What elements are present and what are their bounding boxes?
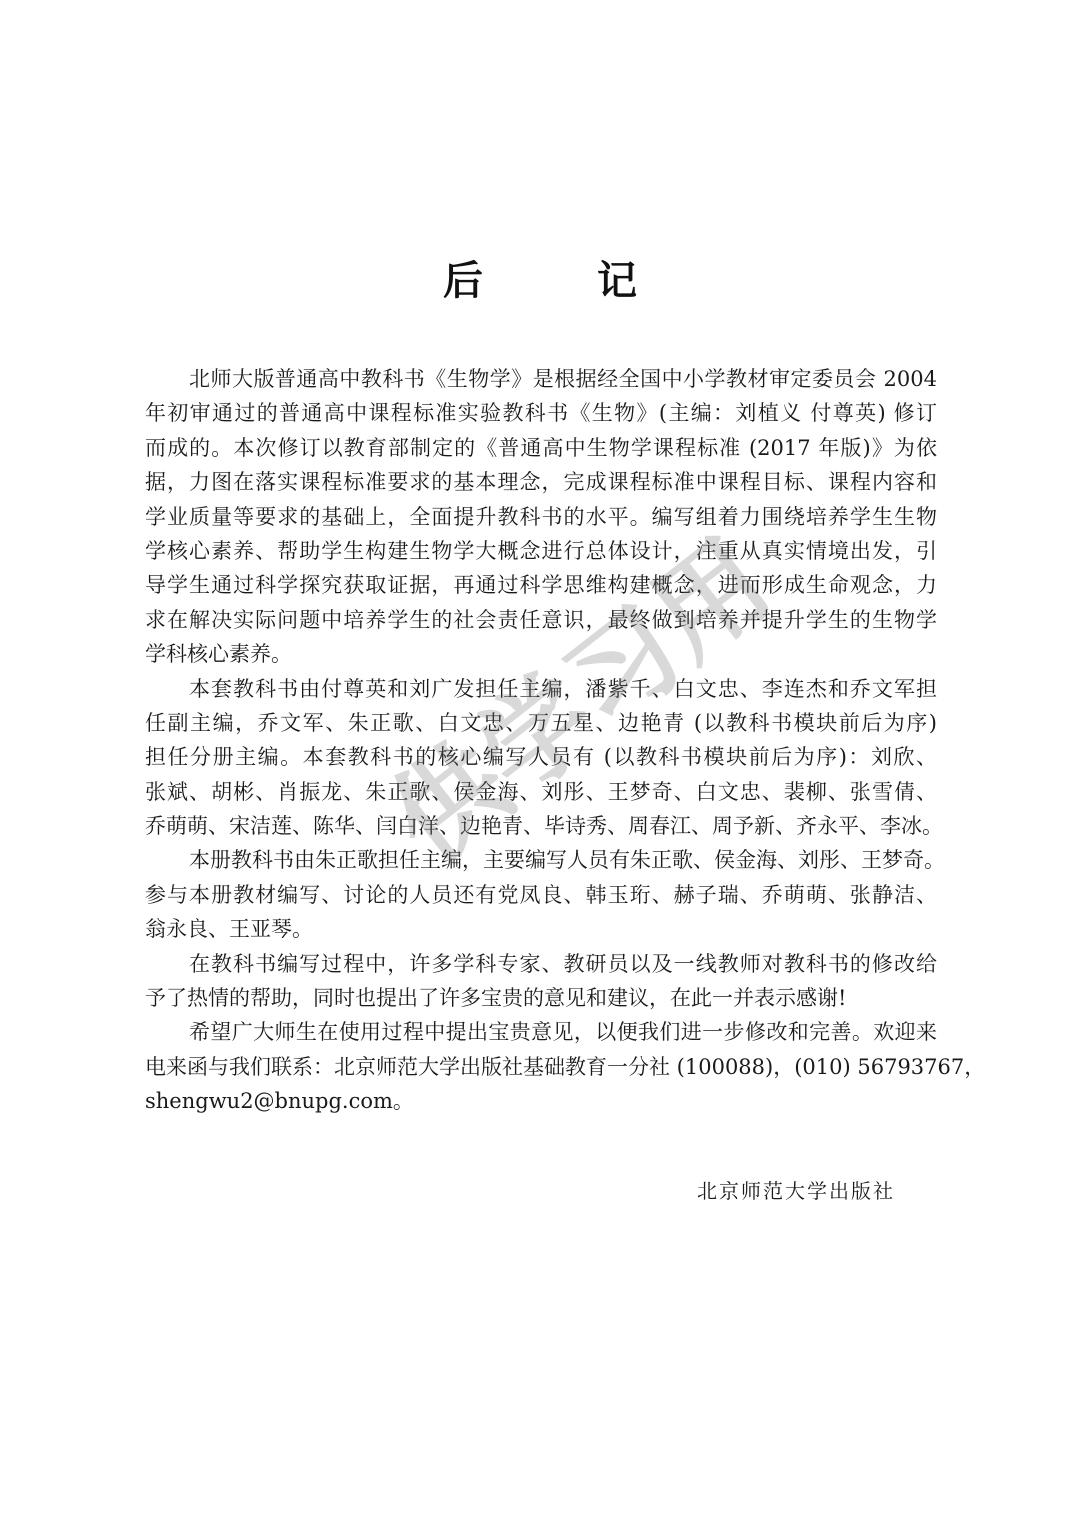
text-line: 年初审通过的普通高中课程标准实验教科书《生物》(主编：刘植义 付尊英) 修订: [145, 396, 937, 430]
text-line: 北师大版普通高中教科书《生物学》是根据经全国中小学教材审定委员会 2004: [145, 362, 937, 396]
text-line: 任副主编，乔文军、朱正歌、白文忠、万五星、边艳青 (以教科书模块前后为序): [145, 706, 937, 740]
text-line: 希望广大师生在使用过程中提出宝贵意见，以便我们进一步修改和完善。欢迎来: [145, 1015, 937, 1049]
publisher-signature: 北京师范大学出版社: [697, 1175, 895, 1204]
text-line: 予了热情的帮助，同时也提出了许多宝贵的意见和建议，在此一并表示感谢!: [145, 981, 937, 1015]
paragraph-contact: 希望广大师生在使用过程中提出宝贵意见，以便我们进一步修改和完善。欢迎来 电来函与…: [145, 1015, 937, 1118]
text-line: 张斌、胡彬、肖振龙、朱正歌、侯金海、刘彤、王梦奇、白文忠、裴柳、张雪倩、: [145, 775, 937, 809]
text-line: 而成的。本次修订以教育部制定的《普通高中生物学课程标准 (2017 年版)》为依: [145, 431, 937, 465]
text-line: 本套教科书由付尊英和刘广发担任主编，潘紫千、白文忠、李连杰和乔文军担: [145, 672, 937, 706]
document-page: 后 记 北师大版普通高中教科书《生物学》是根据经全国中小学教材审定委员会 200…: [0, 0, 1080, 1526]
paragraph-edition-intro: 北师大版普通高中教科书《生物学》是根据经全国中小学教材审定委员会 2004 年初…: [145, 362, 937, 672]
text-line: 翁永良、王亚琴。: [145, 912, 937, 946]
text-line: 学核心素养、帮助学生构建生物学大概念进行总体设计，注重从真实情境出发，引: [145, 534, 937, 568]
text-line: 据，力图在落实课程标准要求的基本理念，完成课程标准中课程目标、课程内容和: [145, 465, 937, 499]
paragraph-series-editors: 本套教科书由付尊英和刘广发担任主编，潘紫千、白文忠、李连杰和乔文军担 任副主编，…: [145, 672, 937, 844]
text-line: 学科核心素养。: [145, 637, 937, 671]
text-line: 导学生通过科学探究获取证据，再通过科学思维构建概念，进而形成生命观念，力: [145, 568, 937, 602]
text-line: 学业质量等要求的基础上，全面提升教科书的水平。编写组着力围绕培养学生生物: [145, 500, 937, 534]
afterword-body: 北师大版普通高中教科书《生物学》是根据经全国中小学教材审定委员会 2004 年初…: [145, 362, 937, 1119]
text-line: 本册教科书由朱正歌担任主编，主要编写人员有朱正歌、侯金海、刘彤、王梦奇。: [145, 843, 937, 877]
paragraph-acknowledgements: 在教科书编写过程中，许多学科专家、教研员以及一线教师对教科书的修改给 予了热情的…: [145, 947, 937, 1016]
text-line: 在教科书编写过程中，许多学科专家、教研员以及一线教师对教科书的修改给: [145, 947, 937, 981]
text-line: 乔萌萌、宋洁莲、陈华、闫白洋、边艳青、毕诗秀、周春江、周予新、齐永平、李冰。: [145, 809, 937, 843]
page-title: 后 记: [0, 255, 1080, 307]
text-line: 参与本册教材编写、讨论的人员还有党凤良、韩玉珩、赫子瑞、乔萌萌、张静洁、: [145, 878, 937, 912]
contact-email: shengwu2@bnupg.com。: [145, 1084, 937, 1118]
text-line: 求在解决实际问题中培养学生的社会责任意识，最终做到培养并提升学生的生物学: [145, 603, 937, 637]
text-line: 电来函与我们联系：北京师范大学出版社基础教育一分社 (100088)，(010)…: [145, 1050, 937, 1084]
text-line: 担任分册主编。本套教科书的核心编写人员有 (以教科书模块前后为序)：刘欣、: [145, 740, 937, 774]
paragraph-volume-editors: 本册教科书由朱正歌担任主编，主要编写人员有朱正歌、侯金海、刘彤、王梦奇。 参与本…: [145, 843, 937, 946]
